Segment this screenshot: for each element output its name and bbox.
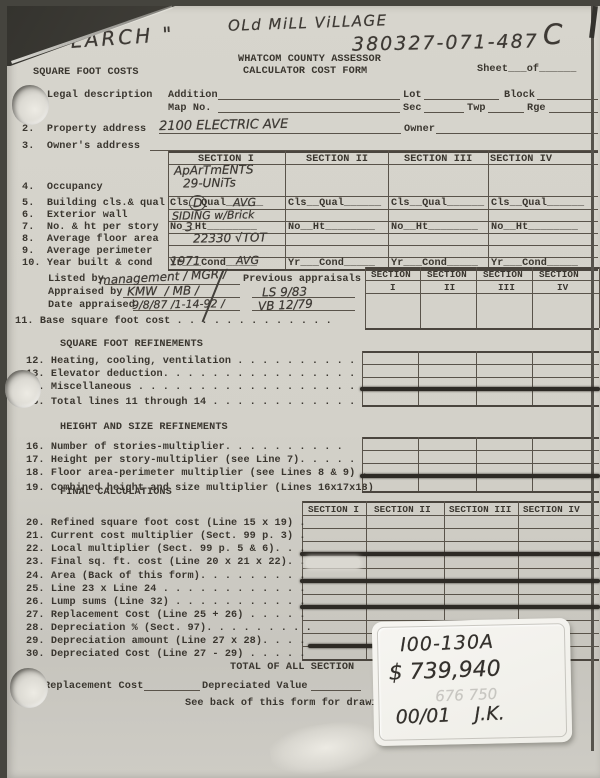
line1-mapno-label: Map No. xyxy=(168,103,212,115)
line26-label: 26. Lump sums (Line 32) . . . . . . . . … xyxy=(26,597,306,609)
rule xyxy=(218,99,400,100)
final-header-section3: SECTION III xyxy=(449,505,511,516)
handwritten-qual: AVG xyxy=(233,196,256,209)
handwritten-stories: 3 xyxy=(185,220,193,234)
rule xyxy=(362,364,599,365)
sec-tbl-h2-bottom: II xyxy=(444,283,455,294)
main-header-section4: SECTION IV xyxy=(490,154,552,166)
line1-twp-label: Twp xyxy=(467,103,486,115)
rule xyxy=(537,99,598,100)
rule xyxy=(362,491,599,493)
line20-label: 20. Refined square foot cost (Line 15 x … xyxy=(26,518,306,530)
listed-by-label: Listed by xyxy=(48,274,104,286)
rule xyxy=(424,112,464,113)
total-of-all-sections-label: TOTAL OF ALL SECTION xyxy=(230,662,354,674)
rule xyxy=(144,690,200,691)
sticker-date-initials: 00/01 J.K. xyxy=(395,702,505,728)
vline xyxy=(362,351,363,405)
row7-cell-s3: No__Ht________ xyxy=(391,222,478,234)
line1-block-label: Block xyxy=(504,90,535,102)
rule xyxy=(362,351,599,353)
appraisal-sticker: I00-130A $ 739,940 676 750 00/01 J.K. xyxy=(372,618,573,746)
sec-tbl-h3-top: SECTION xyxy=(483,270,523,281)
sec-tbl-h1-top: SECTION xyxy=(371,270,411,281)
whiteout-patch xyxy=(306,558,360,568)
vline xyxy=(476,351,477,405)
final-calc-heading: FINAL CALCULATIONS xyxy=(60,487,172,499)
rule xyxy=(218,112,400,113)
rule xyxy=(362,450,599,451)
line3-label: 3. Owner's address xyxy=(22,141,140,153)
line12-label: 12. Heating, cooling, ventilation . . . … xyxy=(26,356,355,368)
handwritten-development-name: OLd MiLL ViLLAGE xyxy=(228,11,388,35)
line22-label: 22. Local multiplier (Sect. 99 p. 5 & 6)… xyxy=(26,544,306,556)
scanned-page: OLd MiLL ViLLAGE 380327-071-487 C " LARC… xyxy=(7,6,600,778)
row5-cell-s2: Cls__Qual______ xyxy=(288,198,381,210)
line28-label: 28. Depreciation % (Sect. 97). . . . . .… xyxy=(26,623,312,635)
rule xyxy=(362,377,599,378)
smudge-stain xyxy=(267,716,385,778)
agency-line2: CALCULATOR COST FORM xyxy=(243,66,367,78)
line2-owner-label: Owner xyxy=(404,124,435,136)
vline xyxy=(476,437,477,491)
row7-label: 7. No. & ht per story xyxy=(22,222,159,234)
vline xyxy=(476,267,477,328)
sec-tbl-h4-bottom: IV xyxy=(557,283,568,294)
line31-replacement-cost-label: Replacement Cost xyxy=(44,681,143,693)
sheet-of-label: Sheet___of______ xyxy=(477,64,576,76)
line31-depreciated-value-label: Depreciated Value xyxy=(202,681,308,693)
hole-punch-top xyxy=(12,85,49,125)
rule xyxy=(362,405,599,407)
row8-label: 8. Average floor area xyxy=(22,234,159,246)
handwritten-cond: AVG xyxy=(236,254,259,267)
handwritten-appraised-by: KMW / MB / xyxy=(127,283,199,298)
sec-tbl-h1-bottom: I xyxy=(390,283,396,294)
sec-tbl-h3-bottom: III xyxy=(498,283,515,294)
line25-label: 25. Line 23 x Line 24 . . . . . . . . . … xyxy=(26,584,306,596)
handwritten-occupancy-2: 29-UNiTs xyxy=(183,176,236,191)
line11-label: 11. Base square foot cost . . . . . . . … xyxy=(15,316,332,328)
rule xyxy=(302,594,599,595)
handwritten-parcel-number: 380327-071-487 xyxy=(352,30,539,55)
right-edge-line xyxy=(591,6,594,751)
line27-label: 27. Replacement Cost (Line 25 + 26) . . … xyxy=(26,610,306,622)
rule xyxy=(488,112,524,113)
rule xyxy=(362,463,599,464)
line24-label: 24. Area (Back of this form). . . . . . … xyxy=(26,571,306,583)
sec-tbl-h4-top: SECTION xyxy=(539,270,579,281)
line1-sec-label: Sec xyxy=(403,103,422,115)
sticker-account-number: I00-130A xyxy=(400,631,495,657)
main-header-section2: SECTION II xyxy=(306,154,368,166)
ink-smear xyxy=(360,474,600,478)
line14-label: 14. Miscellaneous . . . . . . . . . . . … xyxy=(26,382,355,394)
vline xyxy=(420,267,421,328)
rule xyxy=(311,690,361,691)
rule xyxy=(168,151,598,153)
row6-label: 6. Exterior wall xyxy=(22,210,128,222)
line2-label: 2. Property address xyxy=(22,124,146,136)
ink-smear xyxy=(308,644,378,648)
ink-smear xyxy=(300,605,600,609)
row10-label: 10. Year built & cond xyxy=(22,258,152,270)
row7-cell-s4: No__Ht________ xyxy=(491,222,578,234)
agency-line1: WHATCOM COUNTY ASSESSOR xyxy=(238,54,381,66)
line29-label: 29. Depreciation amount (Line 27 x 28). … xyxy=(26,636,306,648)
ink-smear xyxy=(360,387,600,391)
row10-cell-s2: Yr___Cond_____ xyxy=(288,258,375,270)
row5-cell-s3: Cls__Qual______ xyxy=(391,198,484,210)
rule xyxy=(365,328,599,330)
vline xyxy=(488,151,489,269)
date-appraised-label: Date appraised xyxy=(48,300,135,312)
line1-rge-label: Rge xyxy=(527,103,546,115)
handwritten-property-address: 2100 ELECTRIC AVE xyxy=(159,117,289,134)
line1-addition-label: Addition xyxy=(168,90,218,102)
ink-smear xyxy=(300,579,600,583)
sec-tbl-h2-top: SECTION xyxy=(427,270,467,281)
rule xyxy=(168,245,598,246)
handwritten-corner-letter: C xyxy=(543,18,563,51)
row5-label: 5. Building cls.& qual xyxy=(22,198,165,210)
line17-label: 17. Height per story-multiplier (see Lin… xyxy=(26,455,355,467)
handwritten-prev-appraisal2: VB 12/79 xyxy=(258,297,314,314)
row5-cell-s4: Cls__Qual______ xyxy=(491,198,584,210)
scanned-assessor-form: { "annotations": { "project_name": "\" L… xyxy=(0,0,600,778)
handwritten-year-built: 1971 xyxy=(170,254,201,269)
vline xyxy=(532,351,533,405)
vline xyxy=(362,437,363,491)
line30-label: 30. Depreciated Cost (Line 27 - 29) . . … xyxy=(26,649,306,661)
line16-label: 16. Number of stories-multiplier. . . . … xyxy=(26,442,343,454)
vline xyxy=(532,437,533,491)
rule xyxy=(362,437,599,439)
appraised-by-label: Appraised by xyxy=(48,287,123,299)
sticker-value-amount: $ 739,940 xyxy=(388,656,501,685)
rule xyxy=(302,568,599,569)
line21-label: 21. Current cost multiplier (Sect. 99 p.… xyxy=(26,531,306,543)
vline xyxy=(365,267,366,328)
vline xyxy=(168,151,169,269)
vline xyxy=(285,151,286,269)
final-header-section4: SECTION IV xyxy=(523,505,580,516)
height-size-heading: HEIGHT AND SIZE REFINEMENTS xyxy=(60,422,228,434)
line13-label: 13. Elevator deduction. . . . . . . . . … xyxy=(26,369,355,381)
hole-punch-middle xyxy=(5,370,41,408)
vline xyxy=(532,267,533,328)
vline xyxy=(418,351,419,405)
vline xyxy=(418,437,419,491)
rule xyxy=(302,528,599,529)
line18-label: 18. Floor area-perimeter multiplier (see… xyxy=(26,468,368,480)
main-header-section3: SECTION III xyxy=(404,154,472,166)
see-back-note: See back of this form for drawing xyxy=(185,698,390,710)
final-header-section1: SECTION I xyxy=(308,505,359,516)
rule xyxy=(424,99,499,100)
line1-lot-label: Lot xyxy=(403,90,422,102)
ink-smear xyxy=(300,552,600,556)
rule xyxy=(436,133,598,134)
line15-label: 15. Total lines 11 through 14 . . . . . … xyxy=(26,397,355,409)
rule xyxy=(302,541,599,542)
line23-label: 23. Final sq. ft. cost (Line 20 x 21 x 2… xyxy=(26,557,306,569)
rule xyxy=(302,501,599,503)
sqft-refinements-heading: SQUARE FOOT REFINEMENTS xyxy=(60,339,203,351)
row9-label: 9. Average perimeter xyxy=(22,246,152,258)
form-title-left: SQUARE FOOT COSTS xyxy=(33,67,139,79)
row4-label: 4. Occupancy xyxy=(22,182,103,194)
hole-punch-bottom xyxy=(10,668,48,708)
row7-cell-s2: No__Ht________ xyxy=(288,222,375,234)
vline xyxy=(388,151,389,269)
handwritten-floor-area: 22330 √TOT xyxy=(193,230,267,245)
final-header-section2: SECTION II xyxy=(374,505,431,516)
